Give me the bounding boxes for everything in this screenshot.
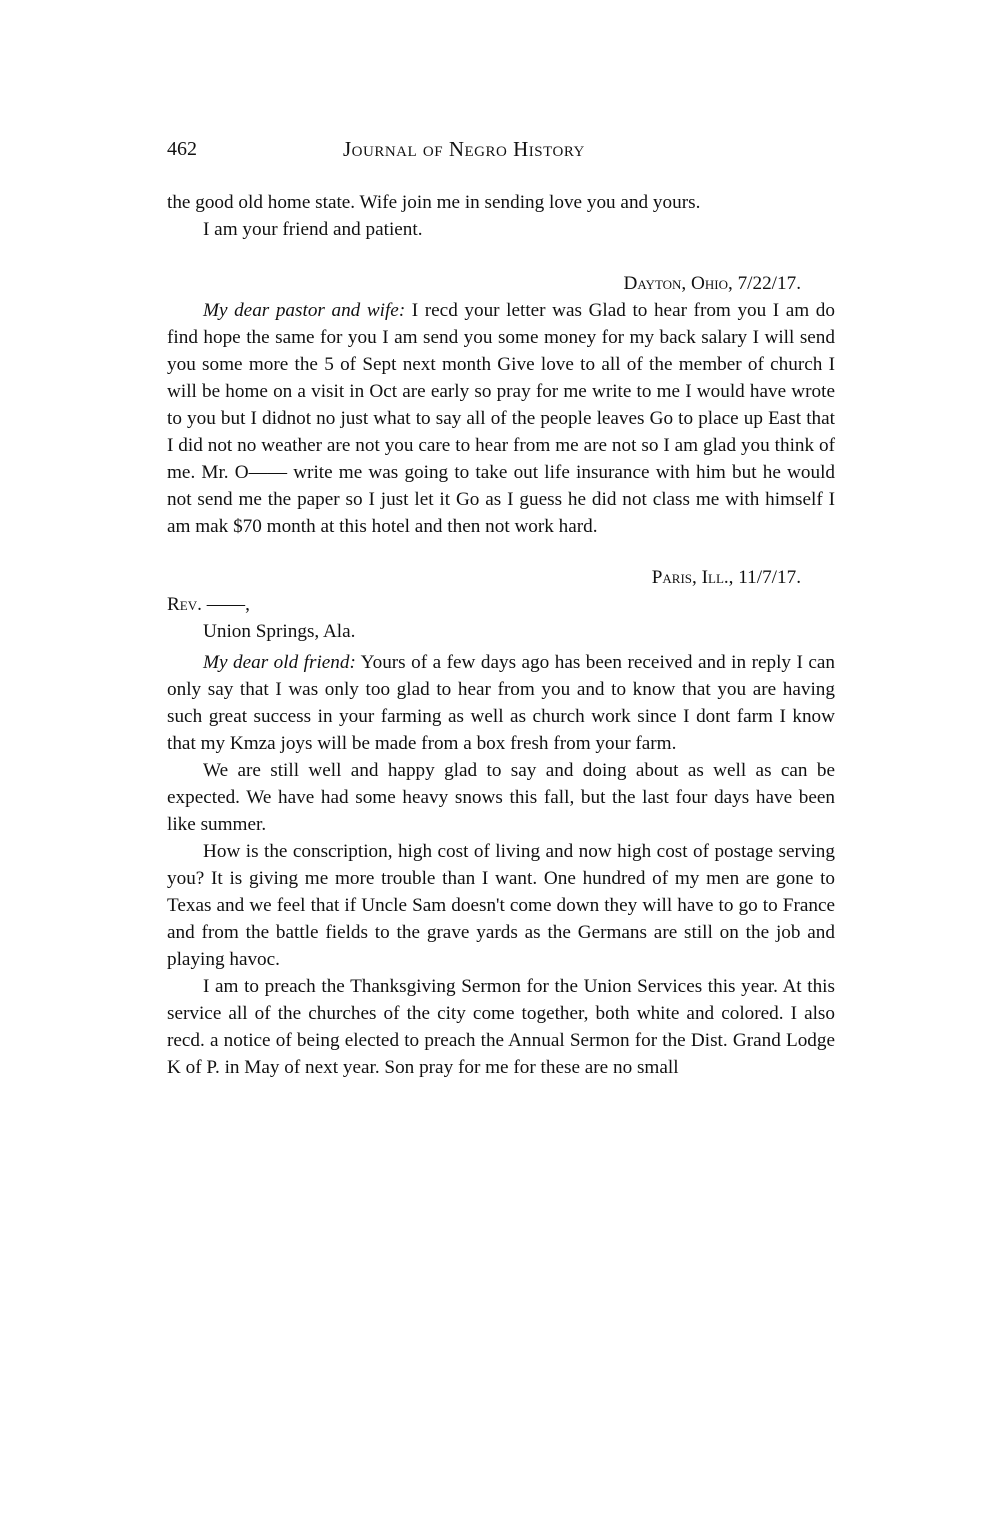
dateline-text: Paris, Ill., 11/7/17.	[652, 567, 801, 588]
dateline-dayton: Dayton, Ohio, 7/22/17.	[167, 270, 835, 297]
salutation: My dear pastor and wife:	[203, 300, 405, 321]
addressee: Rev. ——,	[167, 591, 835, 618]
dateline-text: Dayton, Ohio, 7/22/17.	[624, 273, 802, 294]
letter-paragraph: I am to preach the Thanksgiving Sermon f…	[167, 973, 835, 1081]
running-head: 462 Journal of Negro History	[167, 134, 835, 164]
document-page: 462 Journal of Negro History the good ol…	[167, 134, 835, 1081]
page-number: 462	[167, 134, 197, 164]
letter-dayton: My dear pastor and wife: I recd your let…	[167, 297, 835, 540]
letter-paragraph: How is the conscription, high cost of li…	[167, 838, 835, 973]
address: Union Springs, Ala.	[167, 618, 835, 645]
letter-paris: My dear old friend: Yours of a few days …	[167, 649, 835, 1081]
dateline-paris: Paris, Ill., 11/7/17.	[167, 564, 835, 591]
letter-body: I recd your letter was Glad to hear from…	[167, 300, 835, 537]
letter-paragraph: We are still well and happy glad to say …	[167, 757, 835, 838]
closing-line: I am your friend and patient.	[167, 216, 835, 243]
journal-title: Journal of Negro History	[343, 134, 585, 164]
letter-paragraph: My dear pastor and wife: I recd your let…	[167, 297, 835, 540]
addressee-name: Rev. ——,	[167, 594, 250, 615]
continuation-section: the good old home state. Wife join me in…	[167, 189, 835, 243]
salutation: My dear old friend:	[203, 652, 356, 673]
continuation-paragraph: the good old home state. Wife join me in…	[167, 189, 835, 216]
letter-paragraph: My dear old friend: Yours of a few days …	[167, 649, 835, 757]
